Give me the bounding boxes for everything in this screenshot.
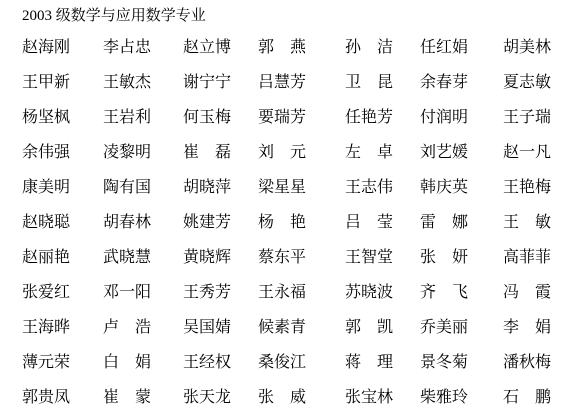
student-name: 韩庆英	[420, 170, 503, 205]
student-name: 张爱红	[22, 275, 103, 310]
student-name: 余伟强	[22, 135, 103, 170]
student-name: 孙 洁	[345, 30, 420, 65]
student-name: 王敏杰	[103, 65, 183, 100]
student-name: 余春芽	[420, 65, 503, 100]
student-name: 左 卓	[345, 135, 420, 170]
student-name: 张 妍	[420, 240, 503, 275]
student-name: 赵一凡	[503, 135, 578, 170]
student-name: 任艳芳	[345, 100, 420, 135]
student-name: 王志伟	[345, 170, 420, 205]
student-name: 王秀芳	[183, 275, 258, 310]
roster: 赵海刚李占忠赵立博郭 燕孙 洁任红娟胡美林王甲新王敏杰谢宁宁吕慧芳卫 昆余春芽夏…	[22, 30, 578, 415]
student-name: 吴国婧	[183, 310, 258, 345]
student-name: 要瑞芳	[258, 100, 345, 135]
student-name: 冯 霞	[503, 275, 578, 310]
student-name: 王艳梅	[503, 170, 578, 205]
student-name: 李 娟	[503, 310, 578, 345]
roster-row: 薄元荣白 娟王经权桑俊江蒋 理景冬菊潘秋梅	[22, 345, 578, 380]
roster-row: 赵海刚李占忠赵立博郭 燕孙 洁任红娟胡美林	[22, 30, 578, 65]
student-name: 邓一阳	[103, 275, 183, 310]
student-name: 高菲菲	[503, 240, 578, 275]
student-name: 卢 浩	[103, 310, 183, 345]
student-name: 王经权	[183, 345, 258, 380]
student-name: 姚建芳	[183, 205, 258, 240]
student-name: 康美明	[22, 170, 103, 205]
student-name: 李占忠	[103, 30, 183, 65]
student-name: 赵丽艳	[22, 240, 103, 275]
student-name: 吕 莹	[345, 205, 420, 240]
student-name: 郭 燕	[258, 30, 345, 65]
student-name: 陶有国	[103, 170, 183, 205]
student-name: 王子瑞	[503, 100, 578, 135]
student-name: 王 敏	[503, 205, 578, 240]
student-name: 赵晓聪	[22, 205, 103, 240]
student-name: 候素青	[258, 310, 345, 345]
student-name: 郭贵凤	[22, 380, 103, 415]
student-name: 崔 磊	[183, 135, 258, 170]
student-name: 王甲新	[22, 65, 103, 100]
student-name: 王海晔	[22, 310, 103, 345]
student-name: 付润明	[420, 100, 503, 135]
student-name: 景冬菊	[420, 345, 503, 380]
student-name: 蒋 理	[345, 345, 420, 380]
student-name: 张 威	[258, 380, 345, 415]
student-name: 乔美丽	[420, 310, 503, 345]
student-name: 谢宁宁	[183, 65, 258, 100]
roster-row: 赵晓聪胡春林姚建芳杨 艳吕 莹雷 娜王 敏	[22, 205, 578, 240]
roster-row: 余伟强凌黎明崔 磊刘 元左 卓刘艺媛赵一凡	[22, 135, 578, 170]
roster-row: 王海晔卢 浩吴国婧候素青郭 凯乔美丽李 娟	[22, 310, 578, 345]
roster-row: 张爱红邓一阳王秀芳王永福苏晓波齐 飞冯 霞	[22, 275, 578, 310]
student-name: 胡美林	[503, 30, 578, 65]
student-name: 胡春林	[103, 205, 183, 240]
roster-row: 赵丽艳武晓慧黄晓辉蔡东平王智堂张 妍高菲菲	[22, 240, 578, 275]
student-name: 何玉梅	[183, 100, 258, 135]
student-name: 武晓慧	[103, 240, 183, 275]
student-name: 张天龙	[183, 380, 258, 415]
student-name: 杨坚枫	[22, 100, 103, 135]
student-name: 王智堂	[345, 240, 420, 275]
student-name: 齐 飞	[420, 275, 503, 310]
document-page: 2003 级数学与应用数学专业 赵海刚李占忠赵立博郭 燕孙 洁任红娟胡美林王甲新…	[0, 0, 580, 415]
student-name: 吕慧芳	[258, 65, 345, 100]
student-name: 刘艺媛	[420, 135, 503, 170]
student-name: 任红娟	[420, 30, 503, 65]
student-name: 卫 昆	[345, 65, 420, 100]
student-name: 石 鹏	[503, 380, 578, 415]
roster-row: 康美明陶有国胡晓萍梁星星王志伟韩庆英王艳梅	[22, 170, 578, 205]
student-name: 崔 蒙	[103, 380, 183, 415]
student-name: 白 娟	[103, 345, 183, 380]
student-name: 柴雅玲	[420, 380, 503, 415]
student-name: 刘 元	[258, 135, 345, 170]
student-name: 雷 娜	[420, 205, 503, 240]
roster-row: 杨坚枫王岩利何玉梅要瑞芳任艳芳付润明王子瑞	[22, 100, 578, 135]
student-name: 夏志敏	[503, 65, 578, 100]
student-name: 凌黎明	[103, 135, 183, 170]
student-name: 杨 艳	[258, 205, 345, 240]
student-name: 桑俊江	[258, 345, 345, 380]
student-name: 蔡东平	[258, 240, 345, 275]
student-name: 张宝林	[345, 380, 420, 415]
student-name: 梁星星	[258, 170, 345, 205]
student-name: 薄元荣	[22, 345, 103, 380]
student-name: 赵立博	[183, 30, 258, 65]
student-name: 郭 凯	[345, 310, 420, 345]
student-name: 黄晓辉	[183, 240, 258, 275]
student-name: 胡晓萍	[183, 170, 258, 205]
roster-row: 王甲新王敏杰谢宁宁吕慧芳卫 昆余春芽夏志敏	[22, 65, 578, 100]
student-name: 潘秋梅	[503, 345, 578, 380]
roster-row: 郭贵凤崔 蒙张天龙张 威张宝林柴雅玲石 鹏	[22, 380, 578, 415]
student-name: 赵海刚	[22, 30, 103, 65]
student-name: 苏晓波	[345, 275, 420, 310]
student-name: 王岩利	[103, 100, 183, 135]
student-name: 王永福	[258, 275, 345, 310]
page-title: 2003 级数学与应用数学专业	[22, 6, 580, 26]
